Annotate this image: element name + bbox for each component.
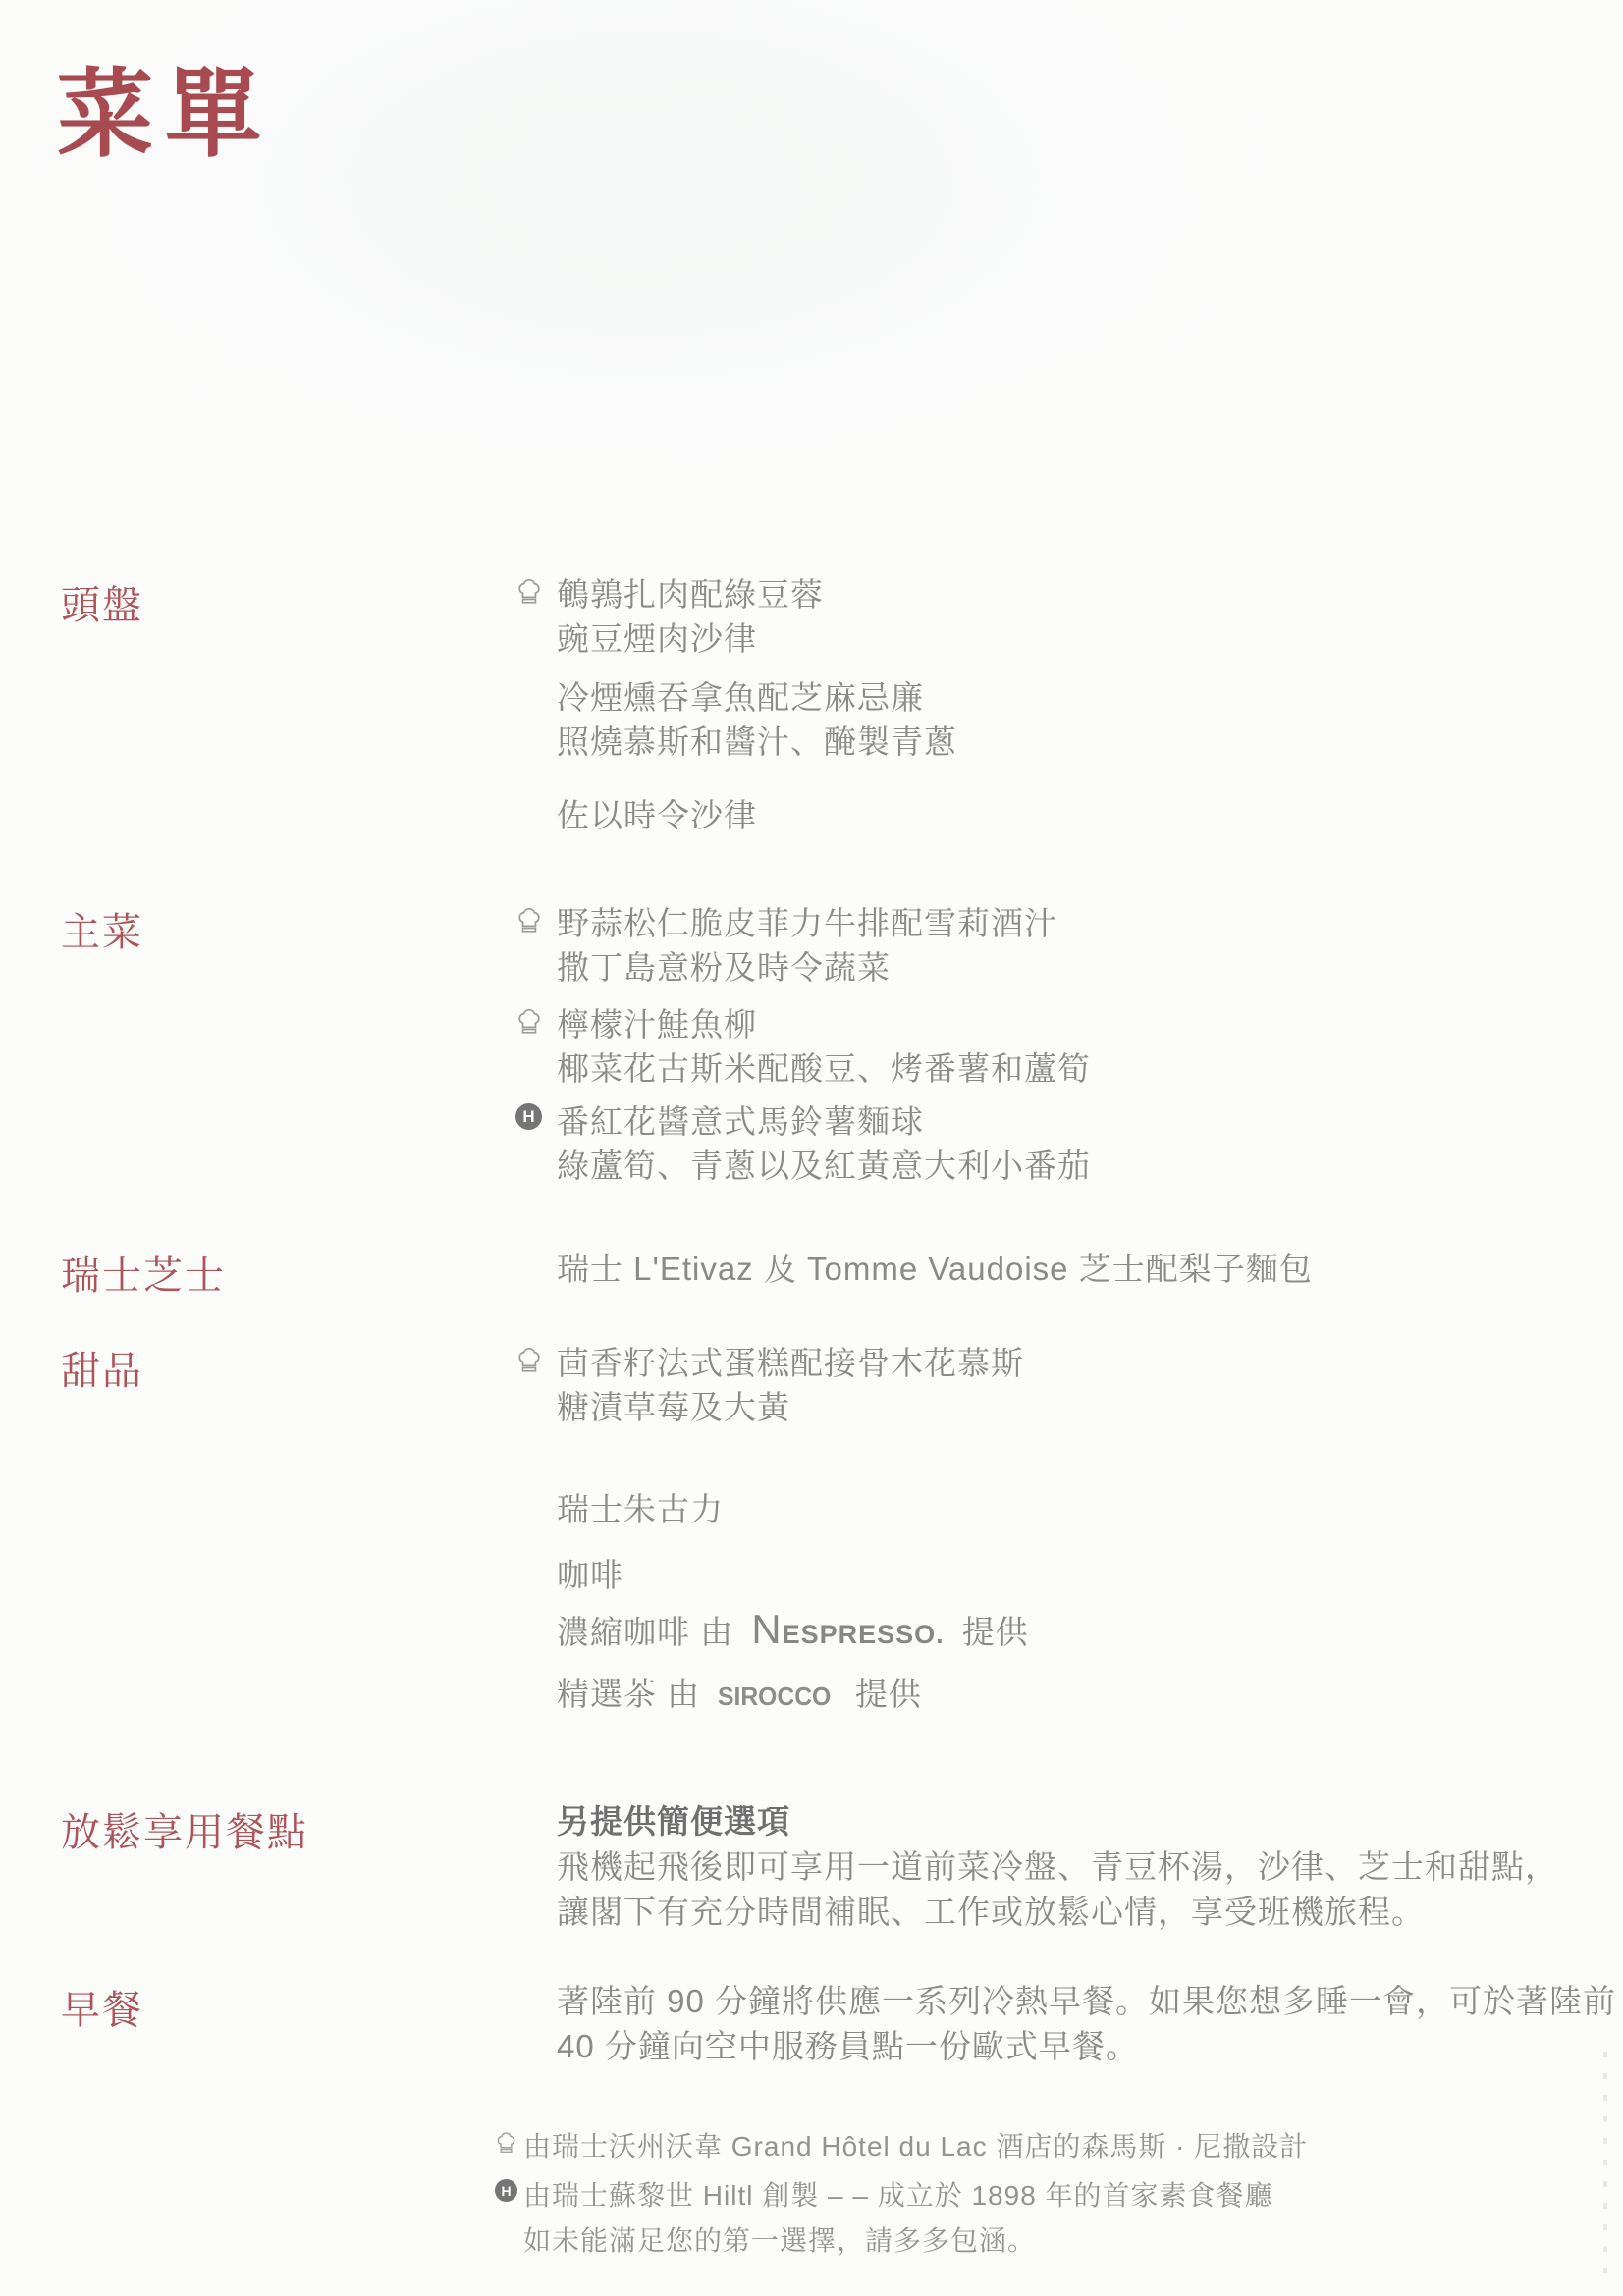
footnote-hiltl: H 由瑞士蘇黎世 Hiltl 創製 – – 成立於 1898 年的首家素食餐廳 [495,2177,1273,2215]
menu-item-line: 照燒慕斯和醬汁、醃製青蔥 [557,720,957,764]
espresso-suffix: 提供 [962,1614,1029,1650]
relax-paragraph: 另提供簡便選項 飛機起飛後即可享用一道前菜冷盤、青豆杯湯，沙律、芝士和甜點， 讓… [557,1799,1558,1935]
menu-item-line: 豌豆煙肉沙律 [557,616,824,661]
footnote-apology: 如未能滿足您的第一選擇，請多多包涵。 [523,2222,1036,2260]
chef-hat-icon [515,572,557,606]
relax-heading: 另提供簡便選項 [557,1799,1558,1844]
nespresso-logo: NESPRESSO. [751,1606,944,1653]
relax-line: 飛機起飛後即可享用一道前菜冷盤、青豆杯湯，沙律、芝士和甜點， [557,1844,1558,1890]
breakfast-paragraph: 著陸前 90 分鐘將供應一系列冷熱早餐。如果您想多睡一會，可於著陸前 40 分鐘… [557,1979,1616,2069]
section-label-mains: 主菜 [61,901,143,957]
tea-suffix: 提供 [855,1676,922,1712]
menu-item-line: 撒丁島意粉及時令蔬菜 [557,945,1057,989]
menu-item-chocolate: 瑞士朱古力 [557,1487,724,1531]
chef-hat-icon [515,1341,557,1374]
footnote-text: 由瑞士蘇黎世 Hiltl 創製 – – 成立於 1898 年的首家素食餐廳 [523,2177,1273,2215]
menu-item-line: 佐以時令沙律 [557,793,757,837]
menu-item-line: 番紅花醬意式馬鈴薯麵球 [557,1099,1091,1144]
breakfast-line: 40 分鐘向空中服務員點一份歐式早餐。 [557,2024,1616,2069]
menu-page: 菜單 頭盤 鵪鶉扎肉配綠豆蓉 豌豆煙肉沙律 冷煙燻吞拿魚配芝麻忌廉 照燒慕斯和醬… [0,0,1623,2296]
section-label-cheese: 瑞士芝士 [61,1245,226,1301]
menu-item-line: 冷煙燻吞拿魚配芝麻忌廉 [557,675,957,720]
chef-hat-icon [495,2128,523,2155]
menu-item-salmon: 檸檬汁鮭魚柳 椰菜花古斯米配酸豆、烤番薯和蘆筍 [515,1002,1091,1091]
menu-item-quail: 鵪鶉扎肉配綠豆蓉 豌豆煙肉沙律 [515,572,824,661]
footnote-text: 如未能滿足您的第一選擇，請多多包涵。 [523,2222,1036,2260]
menu-item-tuna: 冷煙燻吞拿魚配芝麻忌廉 照燒慕斯和醬汁、醃製青蔥 [557,675,957,764]
hiltl-h-icon: H [495,2177,523,2202]
menu-item-line: 瑞士朱古力 [557,1487,724,1531]
page-title: 菜單 [57,37,273,176]
footnote-chef-hat: 由瑞士沃州沃韋 Grand Hôtel du Lac 酒店的森馬斯 · 尼撒設計 [495,2128,1308,2165]
menu-item-line: 鵪鶉扎肉配綠豆蓉 [557,572,824,616]
section-label-dessert: 甜品 [61,1340,143,1396]
section-label-relax: 放鬆享用餐點 [61,1801,308,1857]
menu-item-cheese: 瑞士 L'Etivaz 及 Tomme Vaudoise 芝士配梨子麵包 [557,1247,1313,1291]
menu-item-line: 糖漬草莓及大黃 [557,1385,1024,1429]
menu-item-seasonal-salad: 佐以時令沙律 [557,793,757,837]
hiltl-h-icon: H [515,1099,557,1130]
menu-item-coffee: 咖啡 [557,1553,623,1597]
espresso-line: 濃縮咖啡 由 NESPRESSO. 提供 [557,1606,1029,1653]
tea-line: 精選茶 由 SIROCCO 提供 [557,1669,922,1715]
breakfast-line: 著陸前 90 分鐘將供應一系列冷熱早餐。如果您想多睡一會，可於著陸前 [557,1979,1616,2024]
menu-item-line: 茴香籽法式蛋糕配接骨木花慕斯 [557,1341,1024,1385]
menu-item-line: 綠蘆筍、青蔥以及紅黃意大利小番茄 [557,1144,1091,1188]
menu-item-line: 野蒜松仁脆皮菲力牛排配雪莉酒汁 [557,901,1057,945]
sirocco-logo: SIROCCO [718,1682,831,1712]
edge-print-marks [1603,2052,1607,2277]
menu-item-line: 椰菜花古斯米配酸豆、烤番薯和蘆筍 [557,1046,1091,1091]
menu-item-line: 檸檬汁鮭魚柳 [557,1002,1091,1046]
espresso-prefix: 濃縮咖啡 由 [557,1614,733,1650]
relax-line: 讓閣下有充分時間補眠、工作或放鬆心情，享受班機旅程。 [557,1890,1558,1935]
section-label-appetizers: 頭盤 [61,574,143,630]
menu-item-line: 瑞士 L'Etivaz 及 Tomme Vaudoise 芝士配梨子麵包 [557,1247,1313,1291]
tea-prefix: 精選茶 由 [557,1676,700,1712]
footnote-text: 由瑞士沃州沃韋 Grand Hôtel du Lac 酒店的森馬斯 · 尼撒設計 [523,2128,1308,2165]
section-label-breakfast: 早餐 [61,1979,143,2035]
menu-item-line: 咖啡 [557,1553,623,1597]
menu-item-beef: 野蒜松仁脆皮菲力牛排配雪莉酒汁 撒丁島意粉及時令蔬菜 [515,901,1057,989]
menu-item-cake: 茴香籽法式蛋糕配接骨木花慕斯 糖漬草莓及大黃 [515,1341,1024,1429]
chef-hat-icon [515,1002,557,1036]
chef-hat-icon [515,901,557,934]
menu-item-gnocchi: H 番紅花醬意式馬鈴薯麵球 綠蘆筍、青蔥以及紅黃意大利小番茄 [515,1099,1091,1188]
